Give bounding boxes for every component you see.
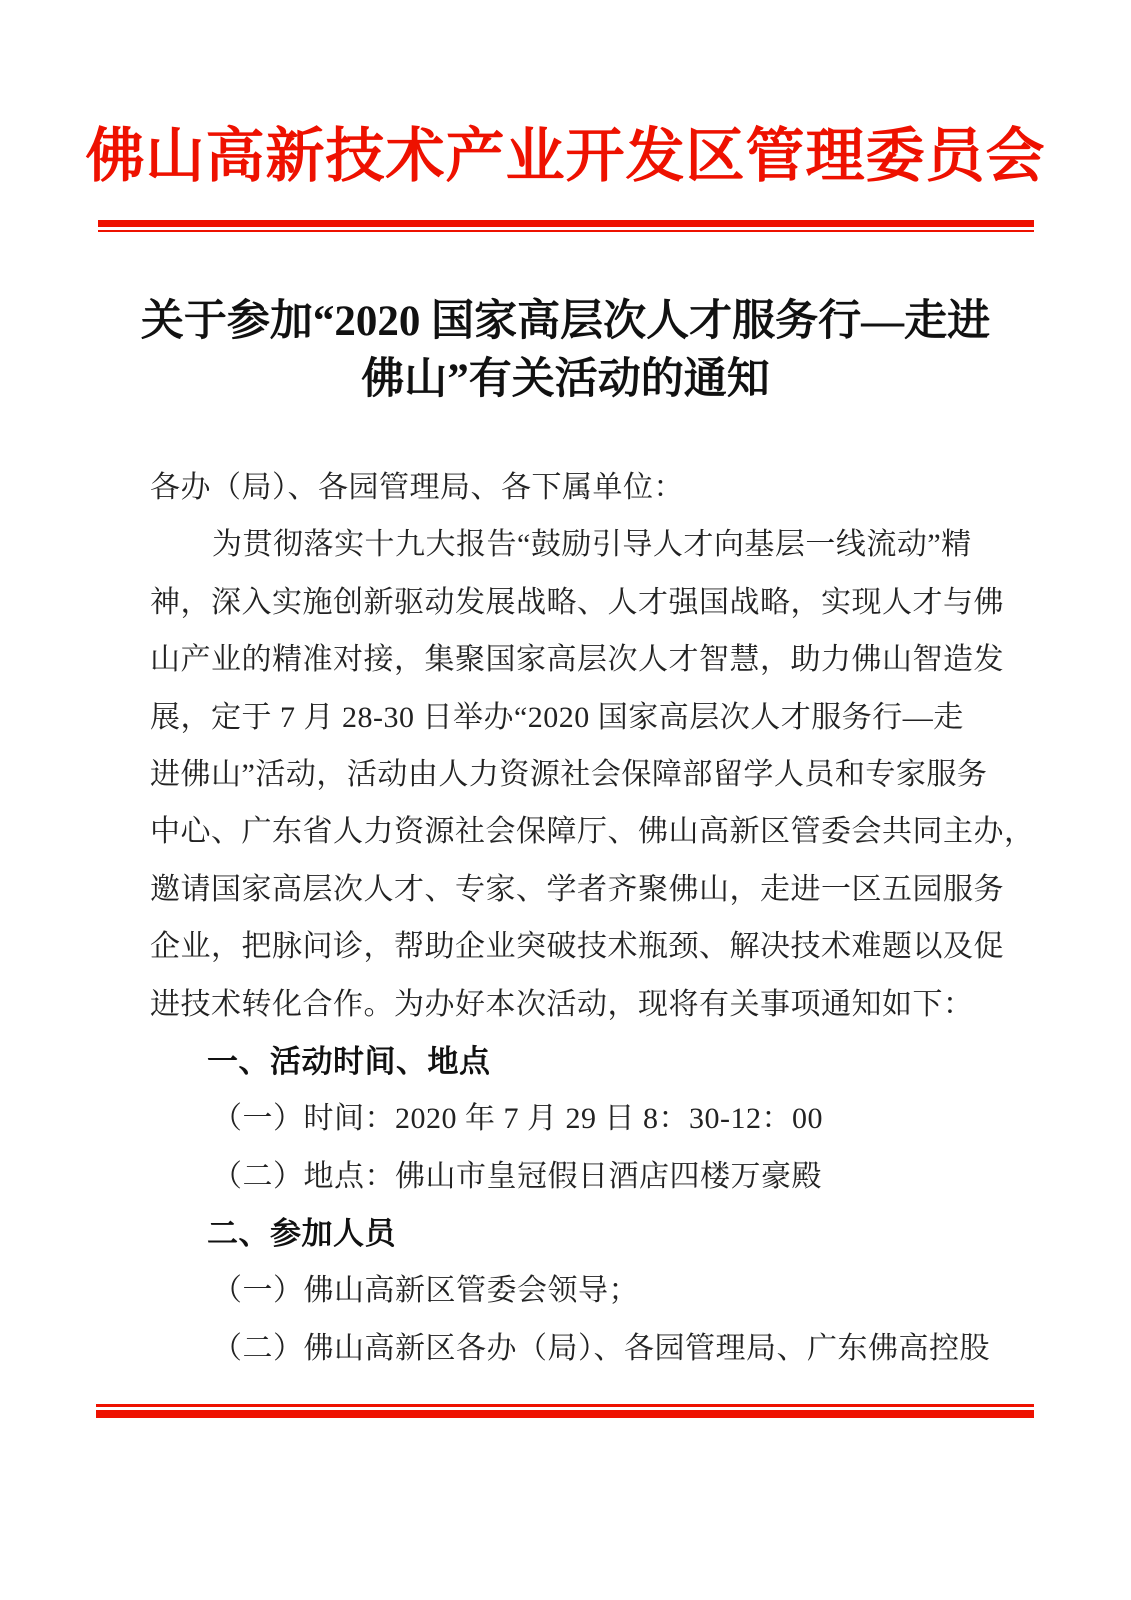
document-page: 佛山高新技术产业开发区管理委员会 关于参加“2020 国家高层次人才服务行—走进… (0, 0, 1131, 1600)
paragraph-line: 神，深入实施创新驱动发展战略、人才强国战略，实现人才与佛 (150, 574, 986, 631)
footer-rule-thick (96, 1410, 1034, 1418)
section-heading-1: 一、活动时间、地点 (150, 1033, 986, 1090)
paragraph-line: 进技术转化合作。为办好本次活动，现将有关事项通知如下： (150, 976, 986, 1033)
salutation: 各办（局）、各园管理局、各下属单位： (150, 459, 986, 516)
paragraph-line: 企业，把脉问诊，帮助企业突破技术瓶颈、解决技术难题以及促 (150, 918, 986, 975)
section-heading-2: 二、参加人员 (150, 1205, 986, 1262)
paragraph-line: 进佛山”活动，活动由人力资源社会保障部留学人员和专家服务 (150, 746, 986, 803)
paragraph-line: 为贯彻落实十九大报告“鼓励引导人才向基层一线流动”精 (150, 516, 986, 573)
notice-title: 关于参加“2020 国家高层次人才服务行—走进 佛山”有关活动的通知 (0, 293, 1131, 409)
section-item: （二）地点：佛山市皇冠假日酒店四楼万豪殿 (150, 1148, 986, 1205)
org-name: 佛山高新技术产业开发区管理委员会 (0, 108, 1131, 193)
paragraph-line: 展，定于 7 月 28-30 日举办“2020 国家高层次人才服务行—走 (150, 689, 986, 746)
notice-body: 各办（局）、各园管理局、各下属单位： 为贯彻落实十九大报告“鼓励引导人才向基层一… (150, 459, 986, 1377)
paragraph-line: 邀请国家高层次人才、专家、学者齐聚佛山，走进一区五园服务 (150, 861, 986, 918)
header-double-rule (98, 220, 1034, 232)
paragraph-line: 中心、广东省人力资源社会保障厅、佛山高新区管委会共同主办， (150, 803, 986, 860)
header-rule-thick (98, 220, 1034, 227)
header-rule-thin (98, 230, 1034, 232)
section-item: （一）时间：2020 年 7 月 29 日 8：30-12：00 (150, 1090, 986, 1147)
notice-title-line-2: 佛山”有关活动的通知 (0, 351, 1131, 409)
section-item: （一）佛山高新区管委会领导； (150, 1262, 986, 1319)
notice-title-line-1: 关于参加“2020 国家高层次人才服务行—走进 (0, 293, 1131, 351)
footer-double-rule (96, 1404, 1034, 1418)
section-item: （二）佛山高新区各办（局）、各园管理局、广东佛高控股 (150, 1320, 986, 1377)
paragraph-line: 山产业的精准对接，集聚国家高层次人才智慧，助力佛山智造发 (150, 631, 986, 688)
footer-rule-thin (96, 1404, 1034, 1407)
